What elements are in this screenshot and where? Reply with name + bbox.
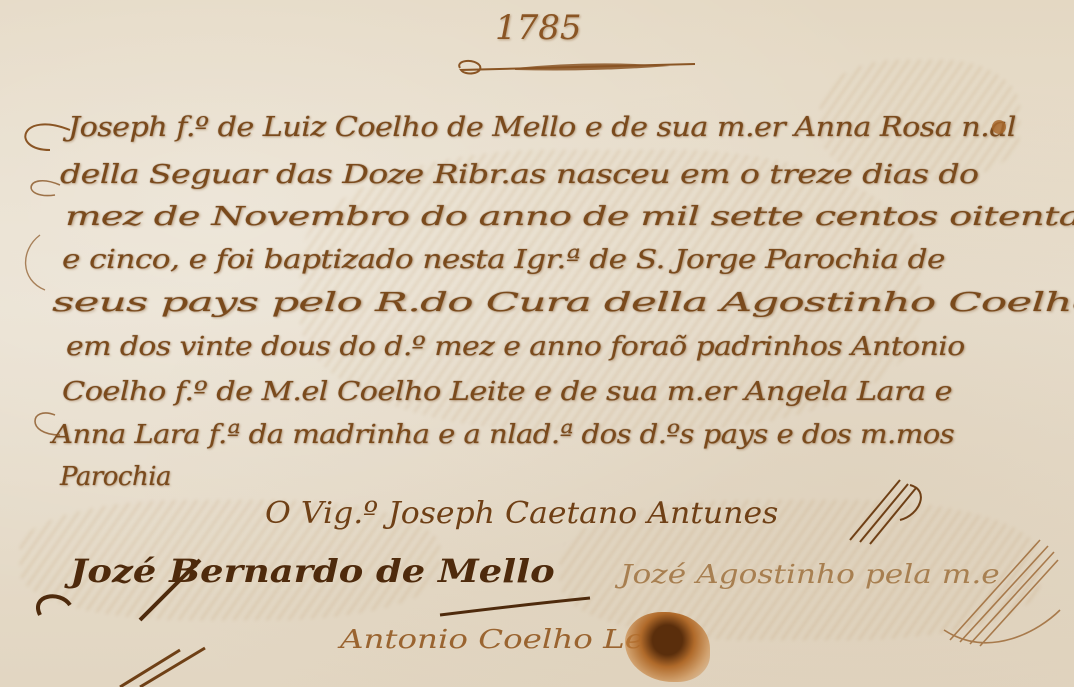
underline-flourish-icon bbox=[455, 58, 700, 78]
record-line-1: Joseph f.º de Luiz Coelho de Mello e de … bbox=[68, 112, 1016, 143]
record-line-9: Parochia bbox=[60, 462, 171, 492]
manuscript-page: 1785 Joseph f.º de Luiz Coelho de Mello … bbox=[0, 0, 1074, 687]
partial-stroke-icon bbox=[110, 640, 220, 687]
record-line-2: della Seguar das Doze Ribr.as nasceu em … bbox=[60, 160, 978, 190]
ink-dot bbox=[992, 120, 1006, 134]
ink-blot bbox=[625, 612, 710, 682]
year-heading: 1785 bbox=[495, 8, 582, 48]
signature-vicar: O Vig.º Joseph Caetano Antunes bbox=[265, 496, 778, 531]
record-line-8: Anna Lara f.ª da madrinha e a nlad.ª dos… bbox=[52, 420, 954, 450]
record-line-6: em dos vinte dous do d.º mez e anno fora… bbox=[66, 332, 965, 362]
record-line-7: Coelho f.º de M.el Coelho Leite e de sua… bbox=[62, 377, 952, 407]
signature-jose-bernardo: Jozé Bernardo de Mello bbox=[70, 552, 555, 590]
record-line-3: mez de Novembro do anno de mil sette cen… bbox=[65, 202, 1074, 232]
record-line-4: e cinco, e foi baptizado nesta Igr.ª de … bbox=[62, 245, 945, 275]
signature-faint-right: Jozé Agostinho pela m.e bbox=[620, 560, 1000, 590]
record-line-5: seus pays pelo R.do Cura della Agostinho… bbox=[52, 288, 1074, 318]
